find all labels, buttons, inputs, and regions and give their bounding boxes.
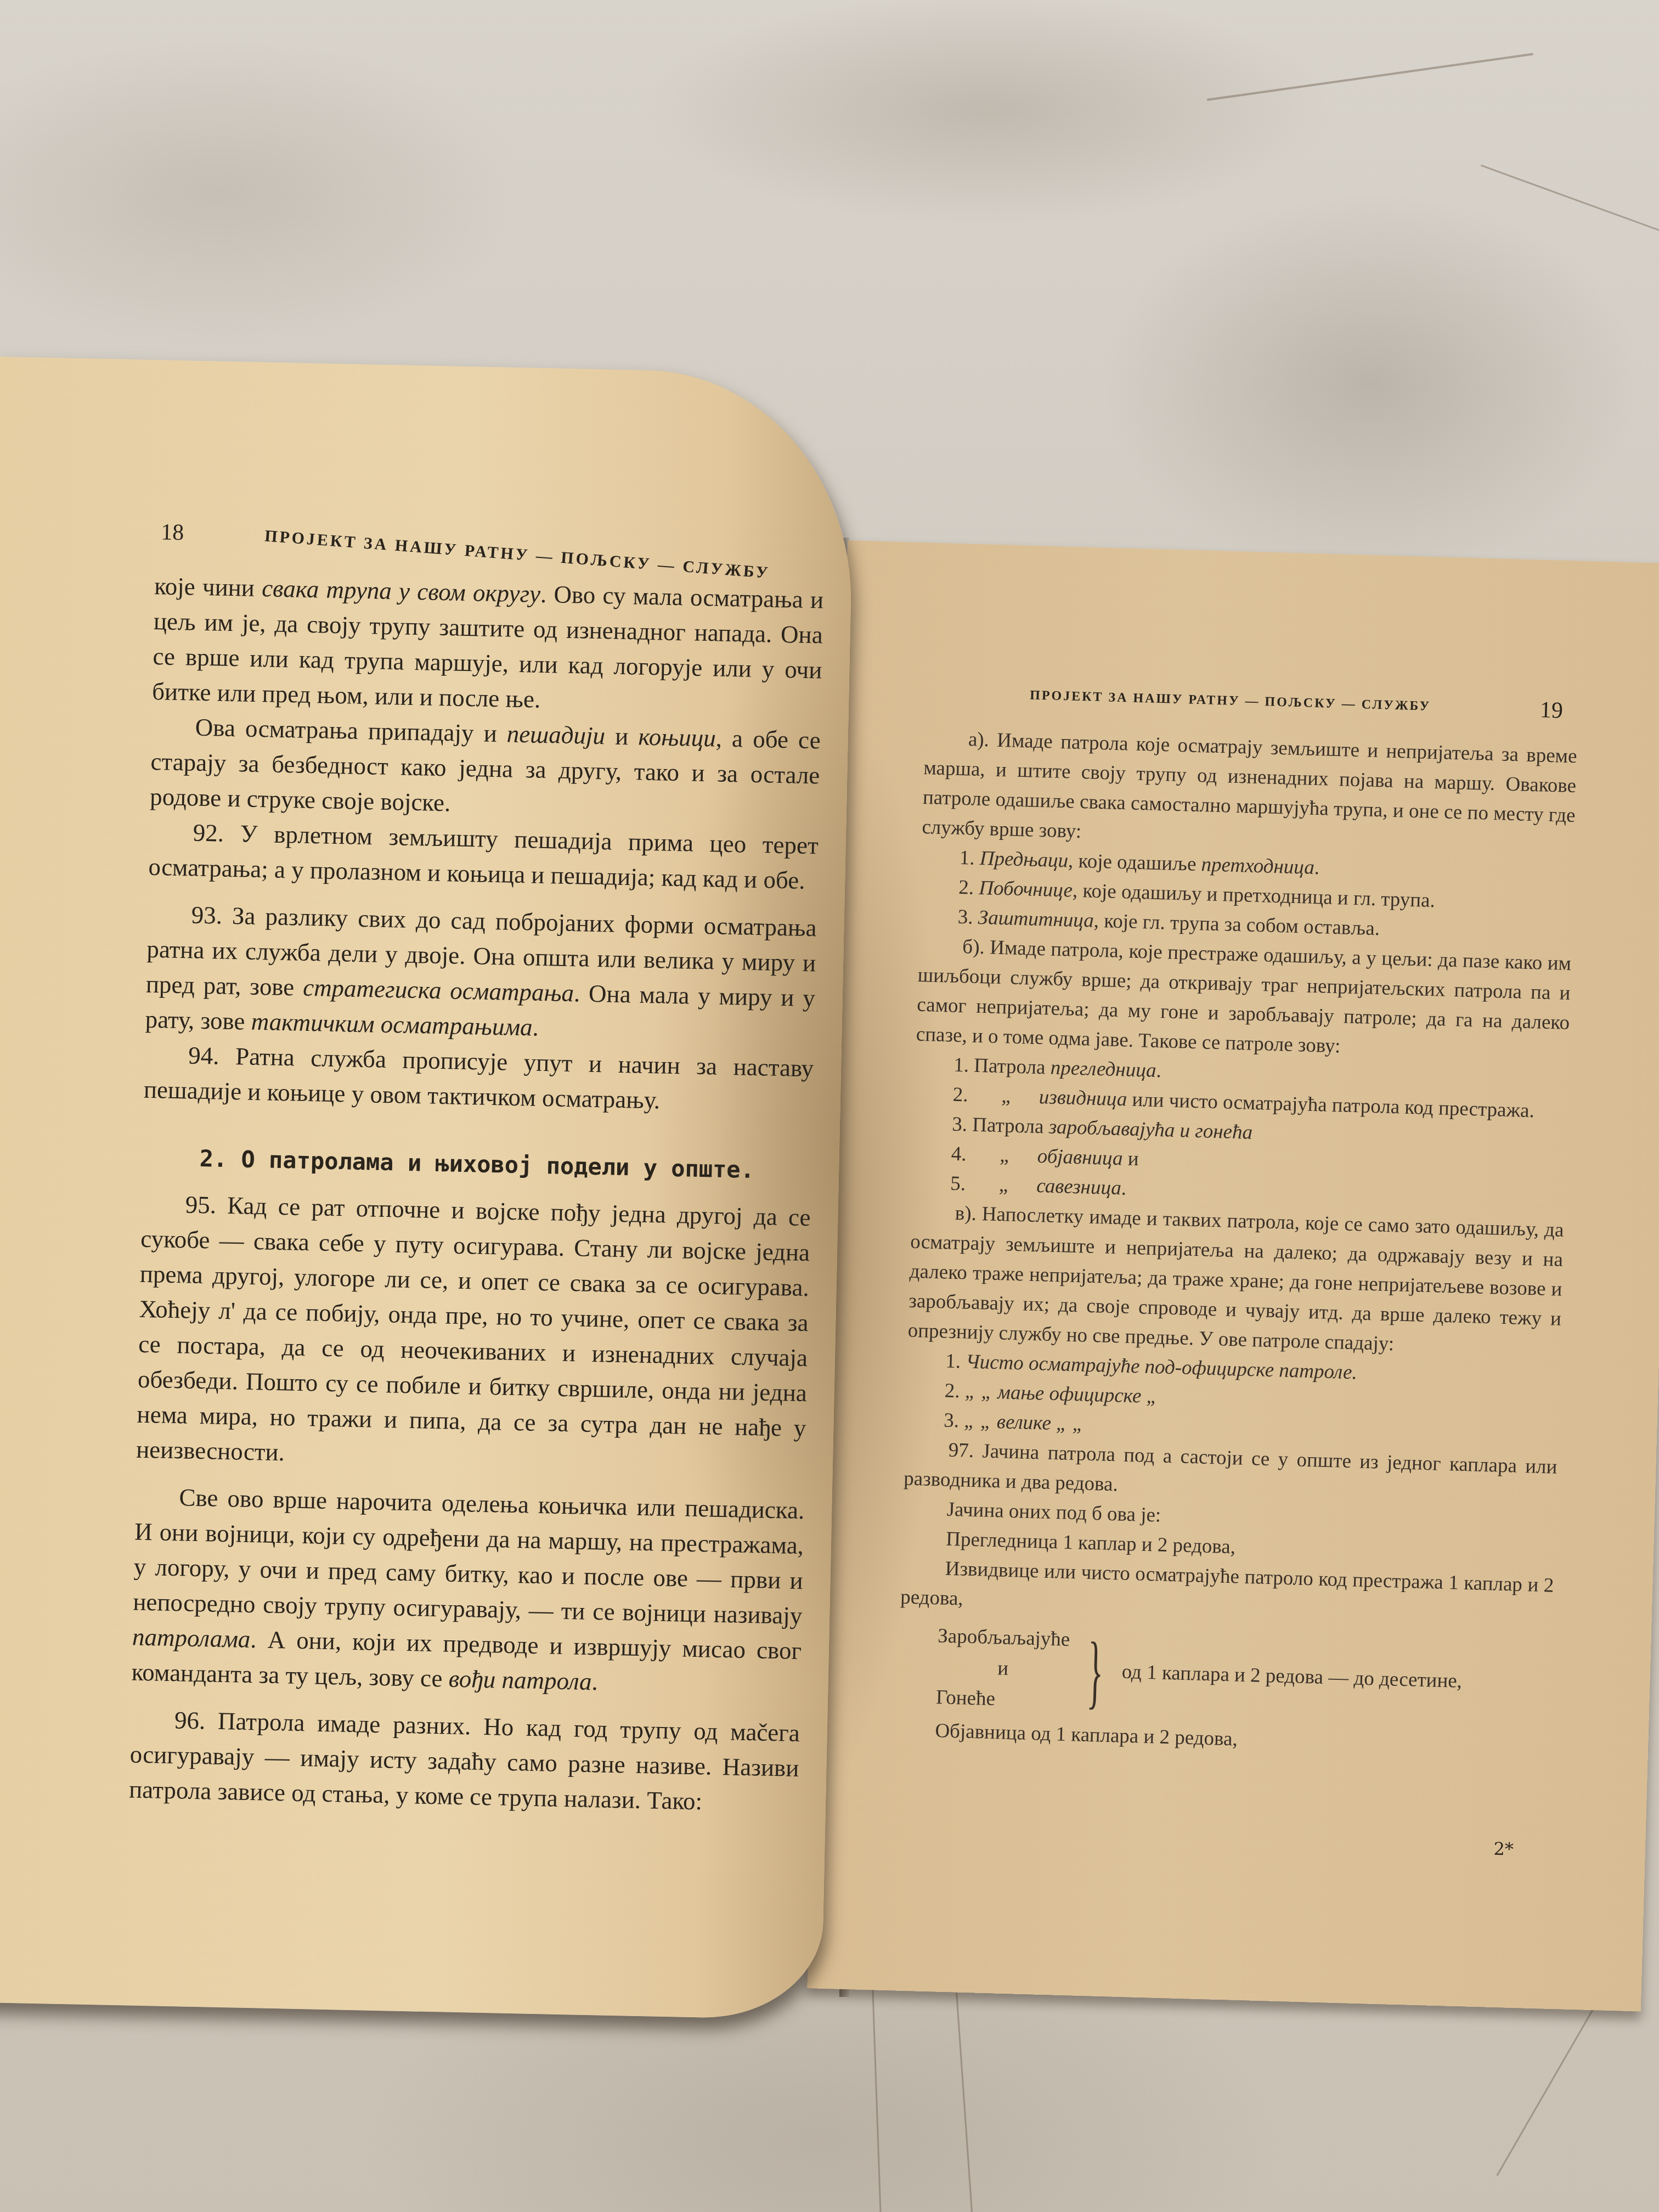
curly-brace-icon: }: [1086, 1630, 1104, 1713]
paragraph: Ова осматрања припадају и пешадији и коњ…: [150, 709, 821, 828]
marble-vein: [1496, 1985, 1607, 2176]
right-page: ПРОЈЕКТ ЗА НАШУ РАТНУ — ПОЉСКУ — СЛУЖБУ …: [807, 540, 1659, 2011]
paragraph-96: 96. Патрола имаде разних. Но кад год тру…: [129, 1702, 800, 1821]
paragraph-92: 92. У врлетном земљишту пешадија прима ц…: [148, 814, 819, 899]
left-page-body: које чини свака трупа у свом округу. Ово…: [129, 568, 824, 1821]
paragraph-b: б). Имаде патрола, које престраже одашиљ…: [916, 931, 1572, 1068]
brace-label-top: Заробљаљајуће: [938, 1621, 1071, 1655]
paragraph-v: в). Напослетку имаде и таквих патрола, к…: [907, 1198, 1564, 1364]
paragraph-93: 93. За разлику свих до сад побројаних фо…: [145, 896, 817, 1051]
marble-vein: [1481, 165, 1659, 260]
page-number: 18: [161, 519, 184, 546]
marble-vein: [1207, 53, 1533, 100]
brace-label-bottom: Гонеће: [935, 1682, 1069, 1717]
brace-label-mid: и: [936, 1651, 1070, 1686]
section-heading: 2. О патролама и њиховој подели у опште.: [142, 1140, 812, 1189]
page-number: 19: [1539, 697, 1563, 724]
paragraph-95: 95. Кад се рат отпочне и војске пођу јед…: [136, 1186, 811, 1481]
paragraph-94: 94. Ратна служба прописује упут и начин …: [143, 1037, 814, 1121]
brace-label-right: од 1 каплара и 2 редова — до десетине,: [1121, 1657, 1463, 1696]
paragraph: које чини свака трупа у свом округу. Ово…: [152, 568, 824, 723]
right-page-body: а). Имаде патрола које осматрају земљишт…: [896, 724, 1578, 1763]
running-head: ПРОЈЕКТ ЗА НАШУ РАТНУ — ПОЉСКУ — СЛУЖБУ: [1030, 688, 1431, 714]
brace-group: Заробљаљајуће и Гонеће } од 1 каплара и …: [935, 1621, 1552, 1730]
signature-mark: 2*: [1493, 1838, 1514, 1860]
left-page: 18 ПРОЈЕКТ ЗА НАШУ РАТНУ — ПОЉСКУ — СЛУЖ…: [0, 357, 856, 2020]
paragraph-a: а). Имаде патрола које осматрају земљишт…: [922, 724, 1578, 860]
marble-vein: [871, 1953, 882, 2212]
paragraph: Све ово врше нарочита оделења коњичка ил…: [131, 1479, 805, 1703]
